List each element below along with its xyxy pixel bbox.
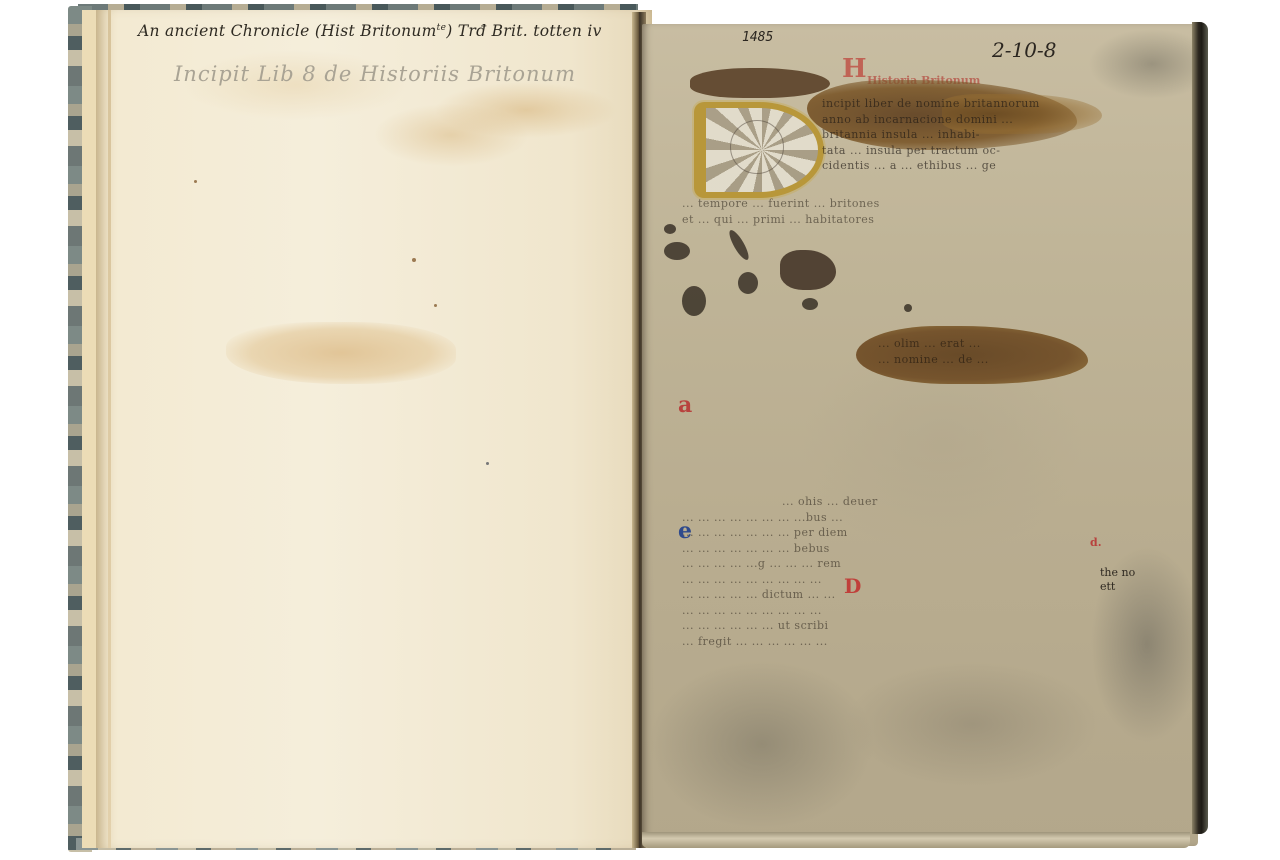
text-line: ... nomine ... de ... — [878, 352, 1078, 368]
rubric-heading-initial: H — [842, 54, 867, 84]
ink-blot — [780, 250, 836, 290]
rubricated-initial-D: D — [844, 574, 861, 598]
text-line: ... ... ... ... ...g ... ... ... rem — [682, 556, 1082, 572]
text-line: britannia insula ... inhabi- — [822, 127, 1072, 143]
ink-blot — [664, 242, 690, 260]
text-line: ... fregit ... ... ... ... ... ... — [682, 634, 1082, 650]
text-block-lower: ... ohis ... deuer ... ... ... ... ... .… — [682, 494, 1082, 649]
text-block-upper: ... tempore ... fuerint ... britones et … — [682, 196, 1072, 227]
ink-stain — [690, 68, 830, 98]
text-line: ... ... ... ... ... ... ... ... ... — [682, 572, 1082, 588]
foxing-speck — [412, 258, 416, 262]
ink-blot — [738, 272, 758, 294]
ink-annotation-tail: ) Trđ Brit. totten iv — [446, 22, 602, 40]
water-stain — [226, 322, 456, 384]
illuminated-initial-D — [694, 102, 824, 198]
ink-blot — [904, 304, 912, 312]
ink-annotation-text: An ancient Chronicle (Hist Britonum — [138, 22, 437, 40]
text-line: ... ... ... ... ... ... ... per diem — [682, 525, 1082, 541]
ink-blot — [802, 298, 818, 310]
text-line: ... ... ... ... ... ... ut scribi — [682, 618, 1082, 634]
foxing-speck — [434, 304, 437, 307]
ink-blot — [726, 228, 752, 262]
left-flyleaf-page: An ancient Chronicle (Hist Britonumte) T… — [82, 10, 652, 848]
text-line: ... ... ... ... ... dictum ... ... — [682, 587, 1082, 603]
text-line: ... tempore ... fuerint ... britones — [682, 196, 1072, 212]
text-line: ... ... ... ... ... ... ... ...bus ... — [682, 510, 1082, 526]
book-fore-edge — [1192, 22, 1208, 834]
text-line: ... olim ... erat ... — [878, 336, 1078, 352]
text-line: ... ... ... ... ... ... ... bebus — [682, 541, 1082, 557]
text-line: cidentis ... a ... ethibus ... ge — [822, 158, 1072, 174]
ink-blot — [664, 224, 676, 234]
foxing-speck — [486, 462, 489, 465]
flyleaf-fold — [108, 10, 111, 848]
vellum-bottom-edge — [642, 832, 1190, 848]
shelfmark-note: 2-10-8 — [992, 38, 1056, 62]
rubricated-initial-a: a — [678, 392, 692, 418]
ink-annotation-superscript: te — [437, 23, 447, 33]
text-line: tata ... insula per tractum oc- — [822, 143, 1072, 159]
stain-text: ... olim ... erat ... ... nomine ... de … — [878, 336, 1078, 367]
foxing-speck — [194, 180, 197, 183]
text-block-top: incipit liber de nomine britannorum anno… — [822, 96, 1072, 174]
text-line: anno ab incarnacione domini ... — [822, 112, 1072, 128]
folio-number-note: 1485 — [742, 30, 773, 45]
pencil-annotation: Incipit Lib 8 de Historiis Britonum — [174, 62, 576, 86]
ink-annotation: An ancient Chronicle (Hist Britonumte) T… — [138, 22, 602, 40]
text-line: incipit liber de nomine britannorum — [822, 96, 1072, 112]
margin-gloss-line: the no — [1100, 566, 1135, 580]
margin-gloss: the no ett — [1100, 566, 1135, 594]
margin-gloss-line: ett — [1100, 580, 1135, 594]
open-book: An ancient Chronicle (Hist Britonumte) T… — [0, 0, 1280, 860]
right-vellum-page: 1485 2-10-8 H Historia Britonum incipit … — [642, 24, 1198, 846]
margin-mark: d. — [1090, 536, 1102, 549]
rubricated-initial-e: e — [678, 518, 692, 544]
ink-blot — [682, 286, 706, 316]
text-line: ... ohis ... deuer — [682, 494, 1082, 510]
text-line: et ... qui ... primi ... habitatores — [682, 212, 1072, 228]
text-line: ... ... ... ... ... ... ... ... ... — [682, 603, 1082, 619]
